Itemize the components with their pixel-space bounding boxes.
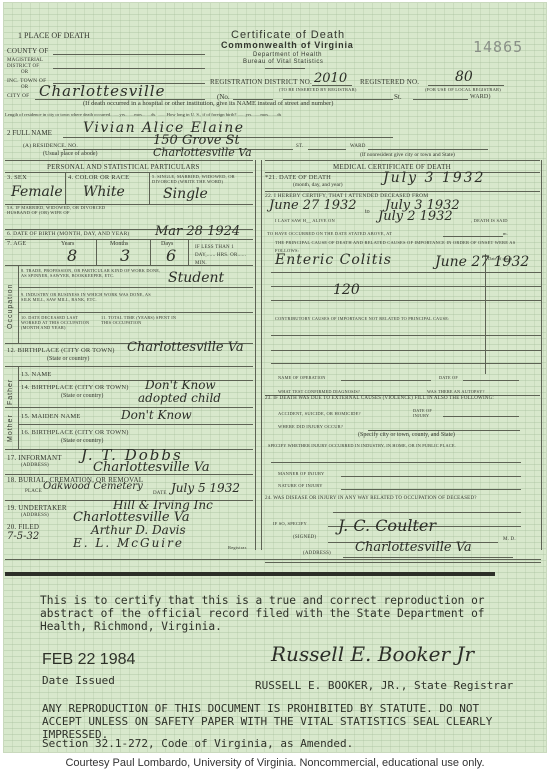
last-saw-value: July 2 1932 (378, 209, 453, 224)
m-label: m. (503, 231, 508, 236)
nature-label: Nature of injury (278, 483, 323, 488)
last-worked-label: 10. Date deceased last worked at this oc… (21, 315, 96, 330)
mother-birthplace-state-note: (State or country) (61, 438, 103, 444)
if-so-label: If so, specify (273, 521, 307, 526)
birthplace-state-note: (State or country) (47, 356, 89, 362)
where-label: Where did injury occur? (278, 424, 343, 429)
death-certificate: 1 Place of Death County of Magisterial D… (3, 2, 547, 753)
mother-birthplace-label: 16. Birthplace (city or town) (21, 429, 129, 436)
autopsy-label: Was there an autopsy? (427, 389, 485, 394)
dob-value: Mar 28 1924 (155, 224, 240, 239)
bureau-label: Bureau of Vital Statistics (243, 59, 324, 65)
registered-no-label: Registered No. (360, 78, 419, 86)
address-label: (Address) (303, 551, 331, 556)
filed-signature: Arthur D. Davis (91, 523, 186, 537)
specify-industry-label: Specify whether injury occurred in indus… (268, 443, 523, 449)
place-of-death-label: 1 Place of Death (18, 31, 90, 40)
age-label: 7. Age (7, 241, 26, 247)
place-label: Place (25, 489, 42, 494)
ward-label: Ward) (470, 94, 491, 100)
maiden-name-label: 15. Maiden Name (21, 413, 81, 420)
certification-text: This is to certify that this is a true a… (40, 594, 510, 633)
city-value: Charlottesville (39, 82, 165, 100)
residence-length: Length of residence in city or town wher… (5, 112, 281, 117)
registrar-note: (to be inserted by registrar) (279, 87, 357, 92)
registrar-name: RUSSELL E. BOOKER, JR., State Registrar (255, 679, 513, 692)
sex-value: Female (11, 184, 63, 200)
signed-label: (Signed) (293, 535, 316, 540)
date-of-death-label: *21. Date of Death (265, 174, 331, 181)
filed-value: 7-5-32 (7, 531, 39, 542)
registration-district-value: 2010 (314, 71, 347, 86)
marital-value: Single (163, 186, 208, 202)
st-label: St. (394, 93, 402, 101)
date-of-death-value: July 3 1932 (383, 170, 485, 186)
commonwealth-title: Commonwealth of Virginia (221, 40, 354, 50)
registrar-signature: E. L. McGuire (73, 536, 184, 550)
informant-address-value: Charlottesville Va (93, 460, 210, 475)
last-saw-label: I last saw h__ alive on (275, 218, 335, 223)
race-value: White (83, 184, 125, 200)
usual-abode-note: (Usual place of abode) (43, 151, 97, 157)
reproduction-warning: ANY REPRODUCTION OF THIS DOCUMENT IS PRO… (42, 702, 512, 741)
spouse-label: 5a. If married, widowed, or divorced hus… (7, 205, 107, 215)
code-value: 120 (333, 282, 360, 298)
filed-label: 20. Filed (7, 523, 39, 531)
father-birthplace-state-note: (State or country) (61, 393, 103, 399)
father-note-value: adopted child (138, 391, 221, 405)
residence-ward-label: Ward (350, 144, 366, 149)
image-caption: Courtesy Paul Lombardo, University of Vi… (0, 757, 550, 769)
code-section: Section 32.1-272, Code of Virginia, as A… (42, 737, 353, 750)
maiden-name-value: Don't Know (121, 408, 192, 422)
accident-label: Accident, suicide, or homicide? (278, 411, 361, 416)
undertaker-label: 19. Undertaker (7, 504, 67, 512)
place-value: Oakwood Cemetery (43, 481, 143, 492)
age-years-value: 8 (67, 246, 77, 265)
manner-label: Manner of injury (278, 471, 324, 476)
race-label: 4. Color or Race (68, 174, 129, 181)
nonresident-note: (If nonresident give city or town and St… (360, 152, 455, 158)
occurred-label: to have occurred on the date stated abov… (267, 231, 392, 236)
father-name-label: 13. Name (21, 371, 52, 378)
informant-label: 17. Informant (7, 454, 62, 462)
registered-no-value: 80 (455, 69, 473, 85)
birthplace-value: Charlottesville Va (127, 340, 244, 355)
personal-section-title: Personal and Statistical Particulars (47, 163, 200, 171)
dob-label: 6. Date of Birth (month, day, and year) (7, 231, 129, 237)
to-label: to (365, 209, 370, 215)
trade-value: Student (168, 270, 224, 286)
hospital-note: (If death occurred in a hospital or othe… (83, 100, 333, 107)
trade-label: 8. Trade, profession, or particular kind… (21, 268, 161, 278)
abode-value: Charlottesville Va (153, 146, 252, 159)
or-label: or (21, 85, 28, 90)
mother-side-label: Mother (7, 408, 14, 448)
specify-note: (Specify city or town, county, and State… (358, 432, 455, 438)
test-label: What test confirmed diagnosis? (278, 389, 360, 394)
date-of-injury-label: Date of injury (413, 408, 443, 418)
external-causes-label: 23. If death was due to external causes … (265, 396, 535, 402)
or-label: or (21, 70, 28, 75)
operation-label: Name of operation (278, 375, 326, 380)
informant-address-label: (Address) (21, 463, 49, 468)
department-label: Department of Health (253, 52, 322, 58)
city-label: City of (7, 93, 29, 99)
county-label: County of (7, 47, 48, 55)
occupation-side-label: Occupation (7, 270, 14, 342)
stamp-number: 14865 (473, 38, 523, 56)
registration-district-label: Registration District No. (210, 78, 312, 86)
onset-value: June 27 1932 (435, 254, 529, 270)
magisterial-district-label: Magisterial District of (7, 58, 47, 70)
total-time-label: 11. Total time (years) spent in this occ… (101, 315, 181, 325)
industry-label: 9. Industry or business in which work wa… (21, 292, 161, 302)
age-months-value: 3 (120, 246, 130, 265)
date-issued-label: Date Issued (42, 674, 115, 687)
full-name-label: 2 Full Name (7, 129, 52, 137)
md-label: M. D. (503, 537, 516, 542)
birthplace-label: 12. Birthplace (city or town) (7, 347, 115, 354)
death-said-label: , death is said (471, 218, 508, 223)
cause-value: Enteric Colitis (275, 252, 392, 268)
father-birthplace-value: Don't Know (145, 378, 216, 392)
registrar-label: Registrar. (228, 545, 247, 550)
address-value: Charlottesville Va (355, 540, 472, 555)
sex-label: 3. Sex (7, 174, 27, 181)
marital-label: 5. Single, Married, Widowed, or Divorced… (152, 174, 252, 184)
father-birthplace-label: 14. Birthplace (city or town) (21, 384, 129, 391)
attended-from-value: June 27 1932 (269, 198, 357, 213)
burial-date-value: July 5 1932 (171, 481, 240, 495)
date-issued-value: FEB 22 1984 (42, 651, 135, 669)
residence-st-label: St. (296, 144, 303, 149)
burial-date-label: Date (153, 491, 167, 496)
signed-value: J. C. Coulter (338, 516, 436, 535)
date-of-death-sub: (month, day, and year) (293, 182, 343, 188)
contributory-label: Contributory causes of importance not re… (275, 316, 475, 321)
local-registrar-note: (for use of local registrar) (425, 87, 501, 92)
age-days-value: 6 (166, 246, 176, 265)
occupation-related-label: 24. Was disease or injury in any way rel… (265, 495, 530, 503)
date-of-label: Date of (439, 375, 458, 380)
registrar-handwritten-signature: Russell E. Booker Jr (271, 642, 474, 666)
undertaker-address-label: (Address) (21, 513, 49, 518)
